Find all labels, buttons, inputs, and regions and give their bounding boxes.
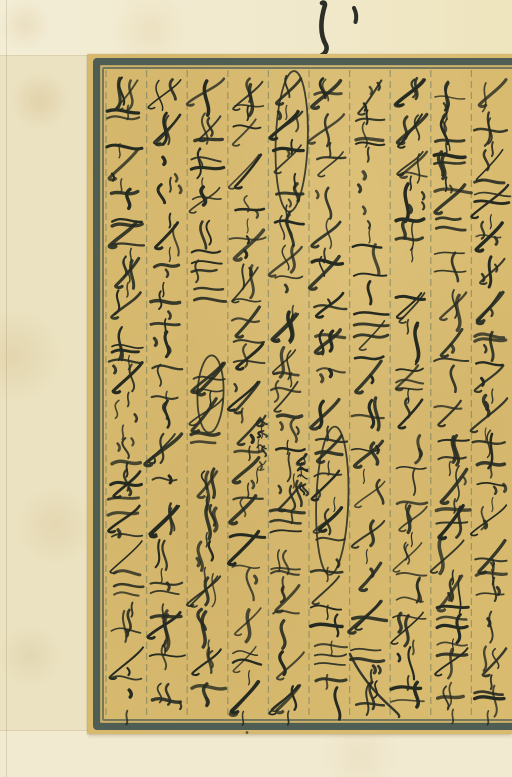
backing-paper-left-band xyxy=(0,56,88,731)
calligraphy-column: 義與形心倥傯兆雅石与週畤能摛无曾三收 xyxy=(107,78,144,725)
calligraphy-layer: 吉安中原是一生父母一生間字致和引歸蒙慈幃為甫君之父母氏甫君生之秀賴少萬右學誦讀家… xyxy=(88,54,512,734)
calligraphy-column: 吉安中原是一生父母一生間字致和引歸蒙 xyxy=(471,80,511,725)
backing-paper-top-band xyxy=(0,0,512,56)
ink-speck xyxy=(246,731,249,734)
calligraphy-column: 明朝拍道協招誘昆別拍嫣子里罔之百程曄三 xyxy=(269,76,305,725)
scanned-page: 吉安中原是一生父母一生間字致和引歸蒙慈幃為甫君之父母氏甫君生之秀賴少萬右學誦讀家… xyxy=(0,0,512,777)
calligraphy-column: 隋庭人尤稱之性 們田不能退要殉人或悵 xyxy=(187,79,226,706)
calligraphy-column: 慈幃為甫君之父母氏甫君生之秀賴少萬右 xyxy=(431,82,472,724)
calligraphy-column: 卒業四十年強貽極于軍裏遂順親式甚謹度 xyxy=(308,79,347,720)
calligraphy-column: 謗而面加誚讓玉於遁誤往等之除拇秉貞守 xyxy=(145,80,185,710)
manuscript-sheet: 吉安中原是一生父母一生間字致和引歸蒙慈幃為甫君之父母氏甫君生之秀賴少萬右學誦讀家… xyxy=(88,54,512,734)
calligraphy-column: 學誦讀家書 石林田鍛研淬礪里心科劫自 xyxy=(391,78,427,707)
calligraphy-column: 春俄與五三名戰瑞芳遇寵膺坐連石藥 xyxy=(349,81,389,716)
calligraphy-column: 兢歲時惠嘗而嫁皮囧喪粥致裂不心瑜者 xyxy=(228,79,266,726)
backing-paper-bottom-band xyxy=(0,730,512,777)
ink-check-mark xyxy=(310,0,370,60)
scan-edge-line xyxy=(6,0,7,777)
side-annotation: 又嘱親莅 xyxy=(257,416,268,483)
side-annotation: 嫋紡伱 xyxy=(297,454,308,495)
